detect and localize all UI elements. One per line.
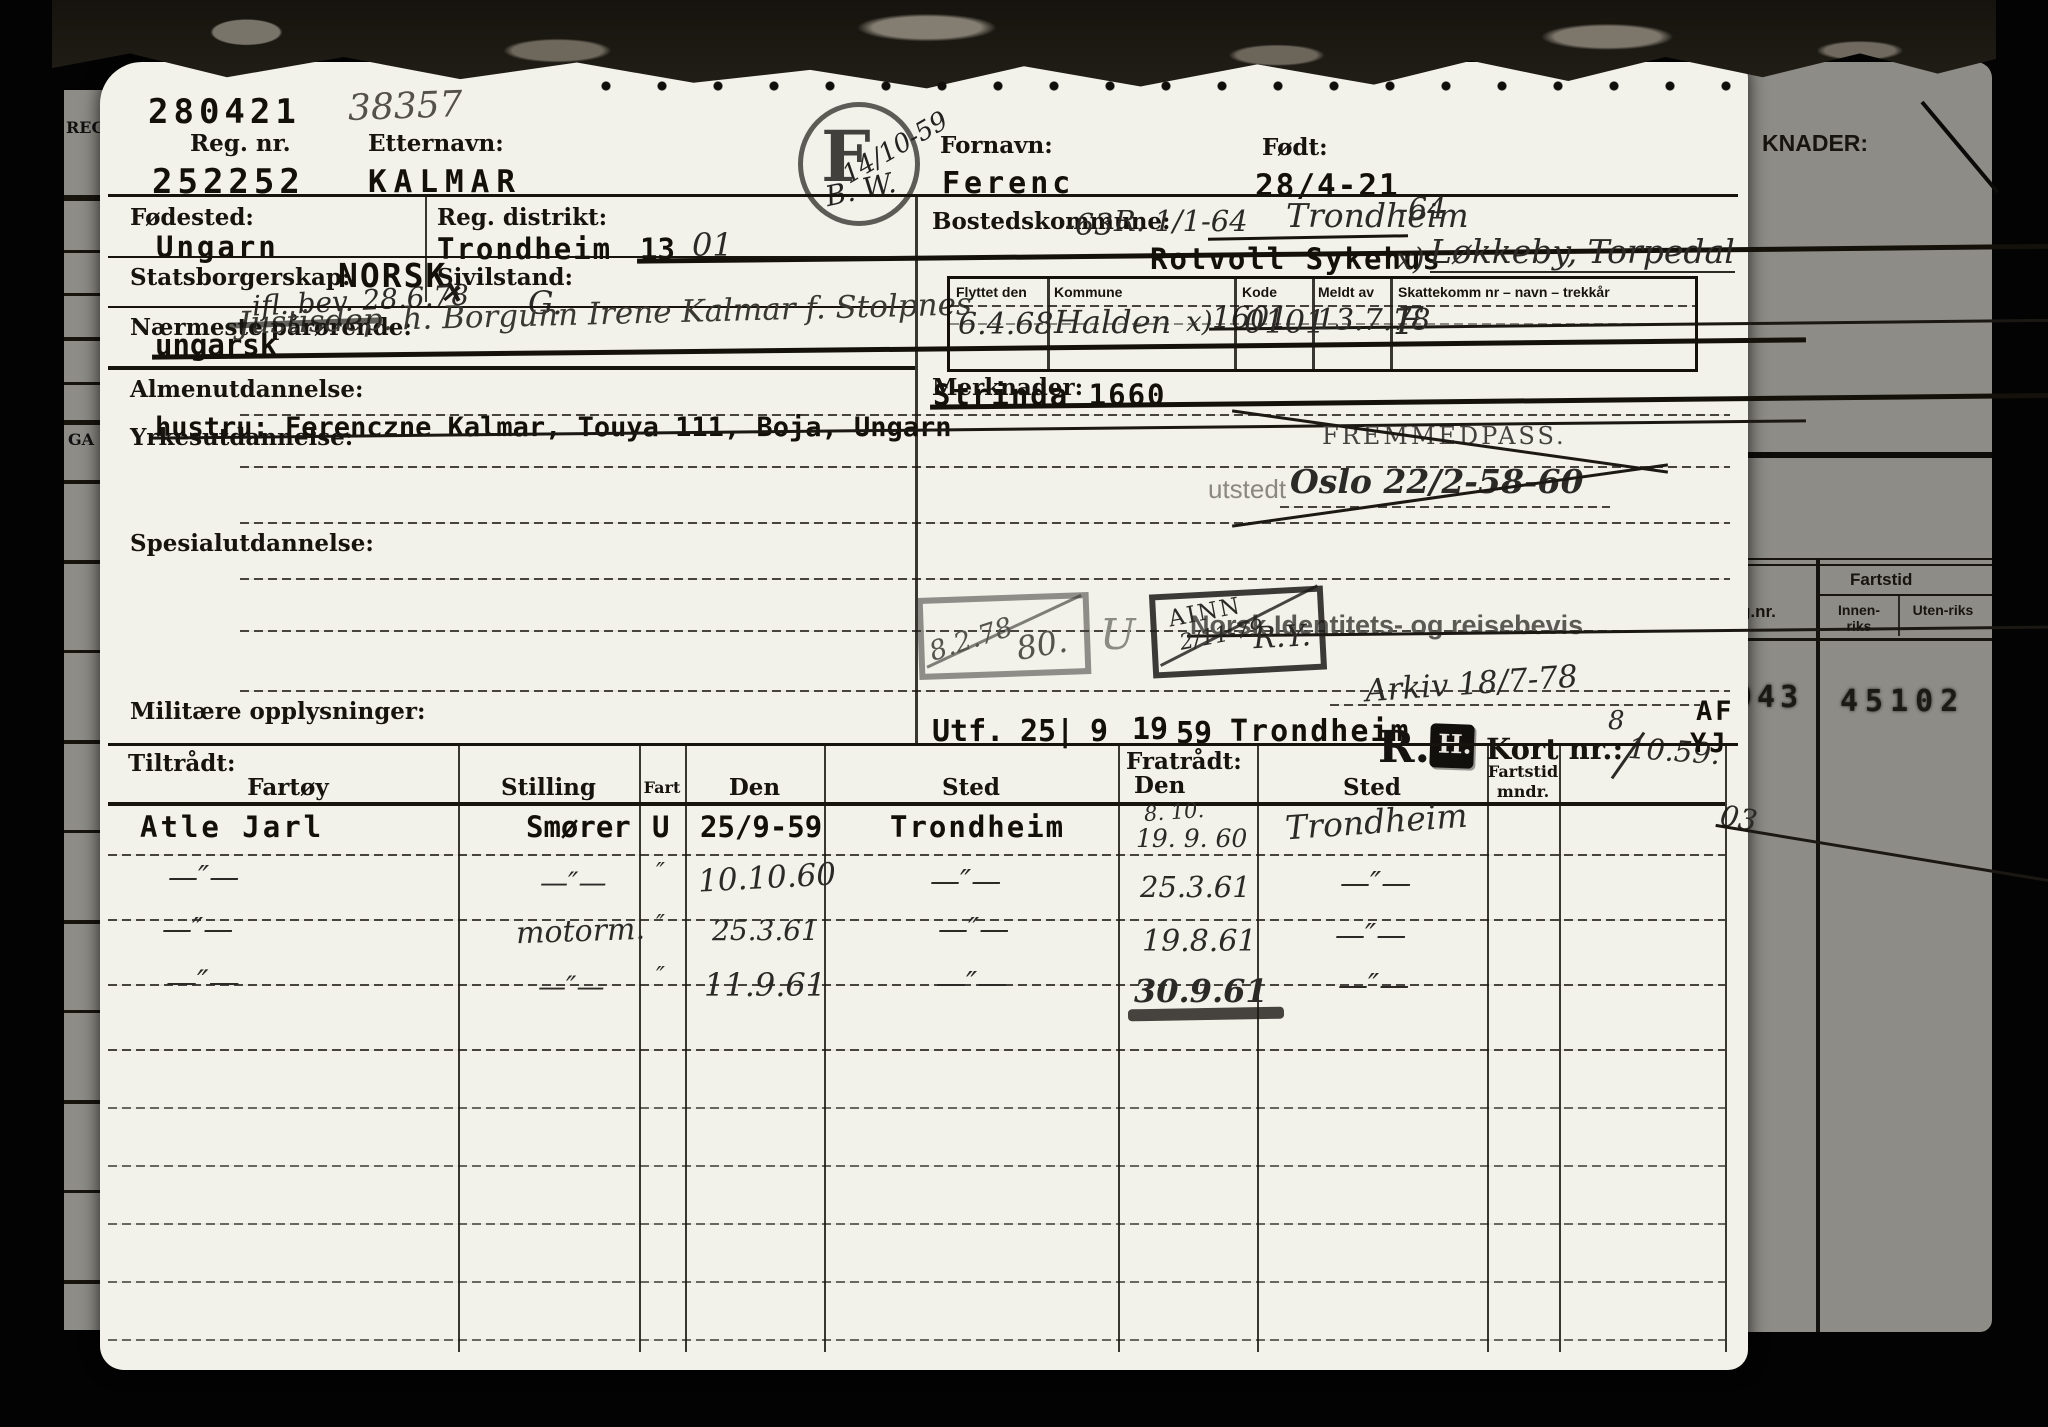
row-rule <box>108 1281 1725 1283</box>
table-row-4-fra-sted-ditto: —″— <box>1338 968 1409 1003</box>
table-row-1-fra-den-top: 8. 10. <box>1143 798 1205 826</box>
fodt-label: Født: <box>1262 134 1328 161</box>
header-stilling: Stilling <box>458 774 639 801</box>
ainn-box-stamp: AINN 2/11-79 R.Y. <box>1149 586 1327 679</box>
header-fra-den: Den <box>1134 772 1185 799</box>
hand-serial-number: 38357 <box>347 84 463 129</box>
regdistrikt-value: Trondheim <box>437 232 612 266</box>
rule-thick <box>108 366 915 370</box>
flytte-header-skatt: Skattekomm nr – navn – trekkår <box>1398 284 1610 300</box>
right-card-fartstid-value: 45102 <box>1840 684 1965 719</box>
regnr-label: Reg. nr. <box>190 130 291 157</box>
table-row-1-den: 25/9-59 <box>700 810 822 844</box>
row-rule <box>108 984 1725 986</box>
kort-nr-numerator: 8 <box>1608 706 1625 736</box>
bosted-struck-typed: Strinda 1660 <box>933 378 2048 412</box>
etternavn-label: Etternavn: <box>368 130 504 157</box>
rule <box>1330 704 1700 706</box>
stamp1-date: 8.2.78 <box>925 612 1016 668</box>
table-row-3-fra-den: 19.8.61 <box>1142 924 1257 959</box>
fornavn-label: Fornavn: <box>940 132 1053 159</box>
table-row-2-fra-sted-ditto: —″— <box>1340 866 1411 901</box>
pencil-u-mark: U <box>1100 610 1135 659</box>
merk-struck-line2a: utstedt <box>1208 474 1286 505</box>
header-fartoy: Fartøy <box>118 774 458 801</box>
bosted-marker: x) <box>1396 242 1425 277</box>
column-divider <box>1816 558 1820 1332</box>
card-date-code: 280421 <box>148 92 301 132</box>
stamp2-signature: R.Y. <box>1252 618 1311 656</box>
table-row-1-fra-den: 19. 9. 60 <box>1136 824 1247 853</box>
rule <box>1738 558 1992 560</box>
table-row-4-stilling-ditto: —″— <box>538 970 604 1003</box>
table-row-3-fra-sted-ditto: —″— <box>1335 918 1406 953</box>
rule <box>108 256 915 258</box>
regdistrikt-new-code: 01 <box>692 226 733 264</box>
rule <box>240 578 1730 580</box>
table-row-4-den: 11.9.61 <box>704 966 826 1004</box>
table-row-3-den: 25.3.61 <box>712 914 819 947</box>
ink-smudge <box>1128 1007 1284 1022</box>
table-row-3-sted-ditto: —″— <box>938 912 1009 947</box>
rule-header-bottom <box>108 802 1725 806</box>
fodested-label: Fødested: <box>130 204 254 231</box>
dotted-underline <box>1280 506 1610 508</box>
rule <box>1816 594 1992 596</box>
h-stamp: H. <box>1429 723 1475 769</box>
table-row-4-sted-ditto: —″— <box>936 966 1007 1001</box>
flytte-value-kommune: Halden <box>1054 303 1171 341</box>
yrkes-label: Yrkesutdannelse: <box>130 424 353 451</box>
bosted-hand-e: Løkkeby, Torpedal <box>1430 232 1735 273</box>
flytte-table: Flyttet den Kommune Kode Meldt av Skatte… <box>947 276 1698 372</box>
table-row-1-fart: U <box>652 810 669 844</box>
flytte-header-kommune: Kommune <box>1054 284 1122 300</box>
right-card-merknader-fragment: KNADER: <box>1762 130 1868 157</box>
militare-label: Militære opplysninger: <box>130 698 426 725</box>
table-row-2-den: 10.10.60 <box>697 856 837 899</box>
arkiv-note: Arkiv 18/7-78 <box>1364 659 1579 710</box>
flytte-header-flyttet: Flyttet den <box>956 284 1027 300</box>
spesial-label: Spesialutdannelse: <box>130 530 374 557</box>
flytte-header-kode: Kode <box>1242 284 1277 300</box>
flytte-value-kode: 0101 <box>1244 303 1325 341</box>
table-row-4-fartoy-ditto: —″— <box>166 964 240 1000</box>
table-row-4-fart-ditto: ″ <box>656 962 665 990</box>
fodested-value: Ungarn <box>156 230 279 264</box>
bosted-hand-a: -63 <box>1065 208 1113 243</box>
diagonal-crease-line <box>1920 101 1999 194</box>
right-card-fartstid-header: Fartstid <box>1850 570 1912 590</box>
flytte-header-meldt: Meldt av <box>1318 284 1374 300</box>
row-rule <box>108 1165 1725 1167</box>
date-box-stamp: 8.2.78 80. <box>917 592 1092 680</box>
header-den: Den <box>685 774 824 801</box>
tiltradt-label: Tiltrådt: <box>128 750 235 777</box>
row-rule <box>108 1339 1725 1341</box>
left-strip-fragment-ga: GA <box>68 430 94 449</box>
row-rule <box>108 1223 1725 1225</box>
flytte-value-flyttet: 6.4.68 <box>958 307 1053 342</box>
header-sted: Sted <box>824 774 1118 801</box>
rule <box>1738 564 1992 566</box>
table-row-2-stilling-ditto: —″— <box>540 866 606 899</box>
table-row-1-sted: Trondheim <box>890 810 1065 844</box>
header-fartstid: Fartstid <box>1487 762 1559 781</box>
table-row-3-fart-ditto: ″ <box>656 910 665 938</box>
header-mndr: mndr. <box>1487 782 1559 801</box>
row-rule <box>108 1107 1725 1109</box>
row-rule <box>108 919 1725 921</box>
table-row-1-stilling: Smører <box>526 810 631 844</box>
utf-century: 19 <box>1132 712 1168 747</box>
fratradt-label: Fratrådt: <box>1126 748 1242 775</box>
rule-table-top <box>108 743 1738 746</box>
table-row-1-fartoy: Atle Jarl <box>140 810 324 844</box>
bosted-hand-d: -64 <box>1398 192 1446 227</box>
merknader-label: Merknader: <box>932 374 1083 401</box>
register-card: 280421 38357 Reg. nr. 252252 Etternavn: … <box>100 62 1748 1370</box>
code-af: AF <box>1696 696 1735 727</box>
rule <box>240 522 1730 524</box>
flytte-value-skatt: F <box>1396 299 1422 343</box>
table-row-4-fra-den: 30.9.61 <box>1134 972 1268 1010</box>
col-line <box>1725 745 1727 1352</box>
scanned-register-card-page: REG. GA KNADER: Fartstid g.nr. Innen-rik… <box>0 0 2048 1427</box>
flytte-value-marker: x) <box>1186 305 1213 338</box>
rule-top <box>108 194 1738 197</box>
stamp1-number: 80. <box>1013 622 1070 668</box>
row-rule <box>108 1049 1725 1051</box>
divider-main <box>915 194 918 746</box>
table-row-2-sted-ditto: —″— <box>930 864 1001 899</box>
header-fart: Fart <box>639 778 685 797</box>
bosted-hand-b: R. 1/1-64 <box>1114 204 1248 238</box>
row-rule <box>108 854 1725 856</box>
perforation-dots <box>600 80 1760 92</box>
table-row-3-stilling: motorm. <box>515 912 645 951</box>
almen-label: Almenutdannelse: <box>130 376 364 403</box>
r-stamp: R. <box>1378 722 1430 773</box>
table-row-2-fra-den: 25.3.61 <box>1140 870 1251 904</box>
rule <box>240 414 1730 416</box>
regdistrikt-label: Reg. distrikt: <box>437 204 607 231</box>
table-row-2-fartoy-ditto: —″— <box>168 860 239 895</box>
table-row-3-fartoy-ditto: —″— <box>162 912 233 947</box>
table-row-2-fart-ditto: ″ <box>656 858 665 886</box>
kort-nr-label: Kort nr.: <box>1486 732 1623 766</box>
round-f-stamp: F 14/10-59 B. W. <box>798 102 920 226</box>
